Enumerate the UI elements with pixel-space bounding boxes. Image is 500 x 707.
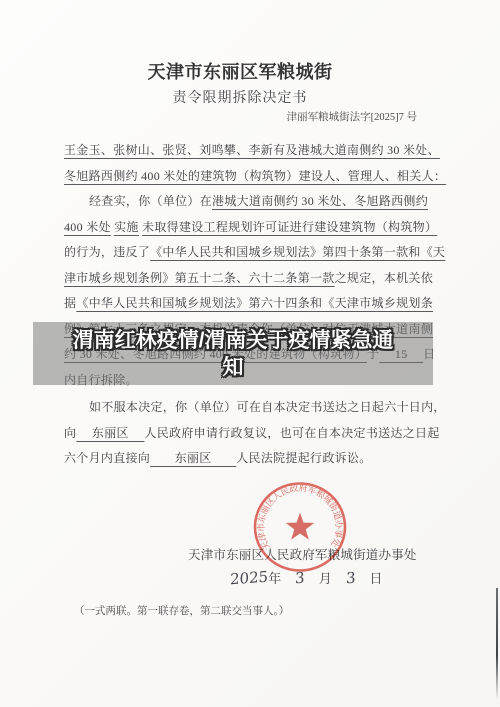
underlined-text: 冬旭路西侧约 400 米处的建筑物（构筑物）建设人、管理人、相关人：: [64, 169, 446, 183]
document-subtitle: 责令限期拆除决定书: [0, 87, 480, 107]
scanned-document: 天津市东丽区军粮城街 责令限期拆除决定书 津丽军粮城街法字[2025]7 号 王…: [0, 0, 500, 707]
caption-line-2: 知: [33, 354, 433, 381]
document-line: 经查实，你（单位）在港城大道南侧约 30 米处、冬旭路西侧约: [64, 189, 436, 215]
plain-text: 据: [64, 296, 76, 310]
document-title: 天津市东丽区军粮城街: [0, 58, 480, 84]
plain-text: 人民政府申请行政复议，也可在自本决定书送达之日起: [144, 426, 439, 440]
underlined-text: 东丽区: [76, 426, 144, 440]
underlined-text: 未取得建设工程规划许可证进行建设建筑物（构筑物）: [142, 220, 437, 234]
seal-star-icon: [286, 513, 315, 540]
plain-text: 的行为，违反了: [64, 245, 150, 259]
copies-note: （一式两联。第一联存卷，第二联交当事人。）: [74, 603, 289, 618]
document-line: 六个月内直接向 东丽区 人民法院提起行政诉讼。: [64, 446, 436, 472]
underlined-text: 港城大道南侧约 30 米处、冬旭路西侧约: [212, 194, 428, 208]
plain-text: 向: [64, 426, 76, 440]
document-line: 据《中华人民共和国城乡规划法》第六十四条和《天津市城乡规划条: [64, 291, 436, 317]
document-line: 冬旭路西侧约 400 米处的建筑物（构筑物）建设人、管理人、相关人：: [64, 164, 436, 190]
document-line: 的行为，违反了《中华人民共和国城乡规划法》第四十条第一款和《天: [64, 240, 436, 266]
underlined-text: 《中华人民共和国城乡规划法》第六十四条和《天津市城乡规划条: [76, 296, 433, 310]
underlined-text: 王金玉、张树山、张贤、刘鸣攀、李新有及港城大道南侧约 30 米处、: [64, 143, 440, 157]
plain-text: 如不服本决定，你（单位）可在自本决定书送达之日起六十日内，: [89, 400, 446, 414]
photo-edge-artifact: [496, 588, 498, 700]
official-seal: 天津市东丽区人民政府军粮城街道办事处: [250, 477, 350, 577]
caption-overlay: 渭南红林疫情/渭南关于疫情紧急通 知: [33, 327, 433, 381]
document-line: 向 东丽区 人民政府申请行政复议，也可在自本决定书送达之日起: [64, 421, 436, 447]
date-day-label: 日: [369, 568, 382, 587]
document-line: 如不服本决定，你（单位）可在自本决定书送达之日起六十日内，: [64, 395, 436, 421]
plain-text: 经查实，你（单位）在: [89, 194, 212, 208]
plain-text: 之规定，本机关依: [335, 271, 433, 285]
document-body: 王金玉、张树山、张贤、刘鸣攀、李新有及港城大道南侧约 30 米处、冬旭路西侧约 …: [64, 138, 436, 472]
underlined-text: 实施: [114, 220, 139, 234]
plain-text: 人民法院提起行政诉讼。: [236, 451, 371, 465]
caption-line-1: 渭南红林疫情/渭南关于疫情紧急通: [33, 327, 433, 354]
document-number: 津丽军粮城街法字[2025]7 号: [0, 109, 417, 124]
document-line: 津市城乡规划条例》第五十二条、六十二条第一款之规定，本机关依: [64, 266, 436, 292]
underlined-text: 《中华人民共和国城乡规划法》第四十条第一款和《天: [150, 245, 445, 259]
underlined-text: 津市城乡规划条例》第五十二条、六十二条第一款: [64, 271, 335, 285]
plain-text: 六个月内直接向: [64, 451, 150, 465]
document-line: 400 米处 实施 未取得建设工程规划许可证进行建设建筑物（构筑物）: [64, 215, 436, 241]
underlined-text: 东丽区: [150, 451, 236, 465]
document-line: 王金玉、张树山、张贤、刘鸣攀、李新有及港城大道南侧约 30 米处、: [64, 138, 436, 164]
underlined-text: 400 米处: [64, 220, 111, 234]
